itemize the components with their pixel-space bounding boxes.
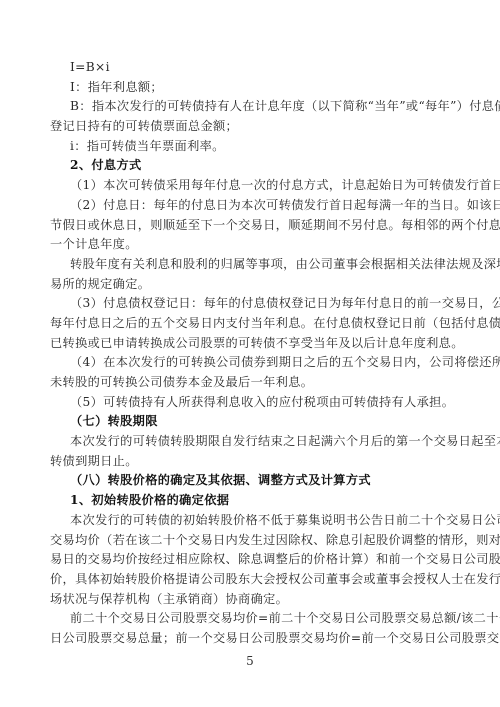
paragraph-line: 本次发行的可转债转股期限自发行结束之日起满六个月后的第一个交易日起至本次可 bbox=[70, 433, 450, 449]
paragraph-line: 已转换或已申请转换成公司股票的可转债不享受当年及以后计息年度利息。 bbox=[50, 335, 450, 351]
paragraph-line: 交易均价（若在该二十个交易日内发生过因除权、除息引起股价调整的情形，则对调整前交 bbox=[50, 532, 450, 548]
paragraph-line: 每年付息日之后的五个交易日内支付当年利息。在付息债权登记日前（包括付息债权登记日… bbox=[50, 315, 450, 331]
paragraph-line: 价，具体初始转股价格提请公司股东大会授权公司董事会或董事会授权人士在发行前根据市 bbox=[50, 571, 450, 587]
paragraph-line: 场状况与保荐机构（主承销商）协商确定。 bbox=[50, 591, 450, 607]
page-number: 5 bbox=[0, 654, 500, 668]
paragraph-line: B：指本次发行的可转债持有人在计息年度（以下简称“当年”或“每年”）付息债权 bbox=[70, 98, 450, 114]
paragraph-line: （1）本次可转债采用每年付息一次的付息方式，计息起始日为可转债发行首日。 bbox=[70, 177, 450, 193]
section-heading: 1、初始转股价格的确定依据 bbox=[70, 492, 450, 508]
paragraph-line: 转债到期日止。 bbox=[50, 453, 450, 469]
paragraph-line: 未转股的可转换公司债券本金及最后一年利息。 bbox=[50, 374, 450, 390]
paragraph-line: 登记日持有的可转债票面总金额； bbox=[50, 118, 450, 134]
paragraph-line: I：指年利息额； bbox=[70, 79, 450, 95]
paragraph-line: （3）付息债权登记日：每年的付息债权登记日为每年付息日的前一交易日，公司将在 bbox=[70, 295, 450, 311]
paragraph-line: （5）可转债持有人所获得利息收入的应付税项由可转债持有人承担。 bbox=[70, 394, 450, 410]
paragraph-line: 前二十个交易日公司股票交易均价=前二十个交易日公司股票交易总额/该二十个交易 bbox=[70, 610, 450, 626]
section-heading: 2、付息方式 bbox=[70, 157, 450, 173]
paragraph-line: I=B×i bbox=[70, 59, 450, 75]
paragraph-line: i：指可转债当年票面利率。 bbox=[70, 138, 450, 154]
section-heading: （八）转股价格的确定及其依据、调整方式及计算方式 bbox=[70, 472, 450, 488]
paragraph-line: 节假日或休息日，则顺延至下一个交易日，顺延期间不另付息。每相邻的两个付息日之间为 bbox=[50, 217, 450, 233]
paragraph-line: 易所的规定确定。 bbox=[50, 276, 450, 292]
paragraph-line: 一个计息年度。 bbox=[50, 236, 450, 252]
paragraph-line: 本次发行的可转债的初始转股价格不低于募集说明书公告日前二十个交易日公司股票 bbox=[70, 512, 450, 528]
paragraph-line: 转股年度有关利息和股利的归属等事项，由公司董事会根据相关法律法规及深圳证券交 bbox=[70, 256, 450, 272]
paragraph-line: （4）在本次发行的可转换公司债券到期日之后的五个交易日内，公司将偿还所有到期 bbox=[70, 354, 450, 370]
section-heading: （七）转股期限 bbox=[70, 413, 450, 429]
paragraph-line: 易日的交易均价按经过相应除权、除息调整后的价格计算）和前一个交易日公司股票交易均 bbox=[50, 551, 450, 567]
paragraph-line: （2）付息日：每年的付息日为本次可转债发行首日起每满一年的当日。如该日为法定 bbox=[70, 197, 450, 213]
paragraph-line: 日公司股票交易总量；前一个交易日公司股票交易均价=前一个交易日公司股票交易总额/… bbox=[50, 630, 450, 646]
document-page: I=B×iI：指年利息额；B：指本次发行的可转债持有人在计息年度（以下简称“当年… bbox=[0, 0, 500, 707]
